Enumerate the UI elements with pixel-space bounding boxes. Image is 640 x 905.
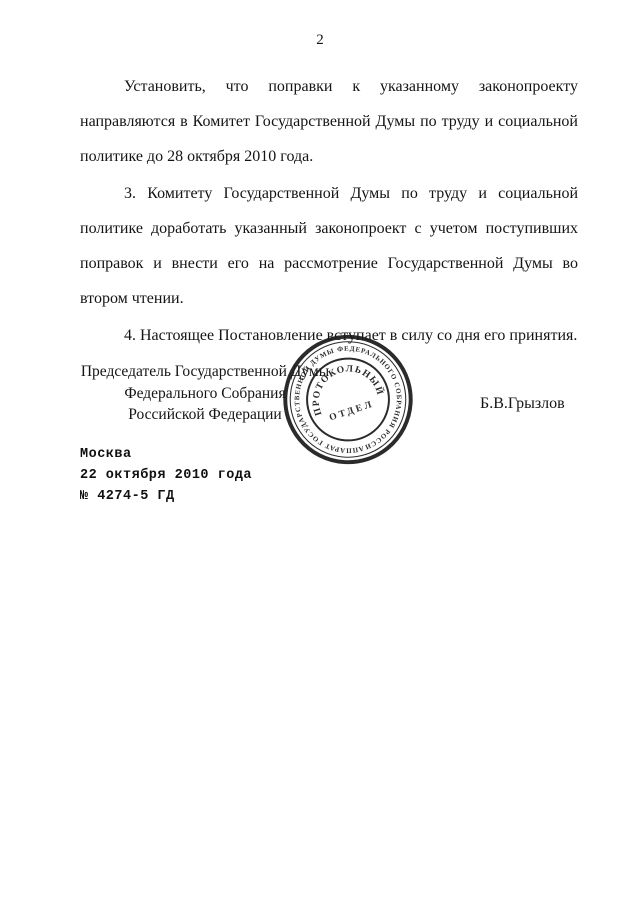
issue-number: № 4274-5 ГД xyxy=(80,486,252,507)
paragraph-establish: Установить, что поправки к указанному за… xyxy=(80,69,578,174)
body-text: Установить, что поправки к указанному за… xyxy=(80,69,578,355)
issue-details-block: Москва 22 октября 2010 года № 4274-5 ГД xyxy=(80,444,252,507)
page-number: 2 xyxy=(0,32,640,49)
issue-city: Москва xyxy=(80,444,252,465)
signatory-name: Б.В.Грызлов xyxy=(480,395,565,413)
protocol-department-stamp-icon: АППАРАТ ГОСУДАРСТВЕННОЙ ДУМЫ ФЕДЕРАЛЬНОГ… xyxy=(282,333,414,466)
stamp-center-text: ОТДЕЛ xyxy=(328,399,376,424)
stamp-ring-text: АППАРАТ ГОСУДАРСТВЕННОЙ ДУМЫ ФЕДЕРАЛЬНОГ… xyxy=(282,333,414,466)
svg-text:АППАРАТ ГОСУДАРСТВЕННОЙ ДУМЫ: АППАРАТ ГОСУДАРСТВЕННОЙ ДУМЫ ФЕДЕРАЛЬНОГ… xyxy=(282,333,414,466)
issue-date: 22 октября 2010 года xyxy=(80,465,252,486)
paragraph-item-3: 3. Комитету Государственной Думы по труд… xyxy=(80,176,578,316)
document-page: 2 Установить, что поправки к указанному … xyxy=(0,0,640,905)
